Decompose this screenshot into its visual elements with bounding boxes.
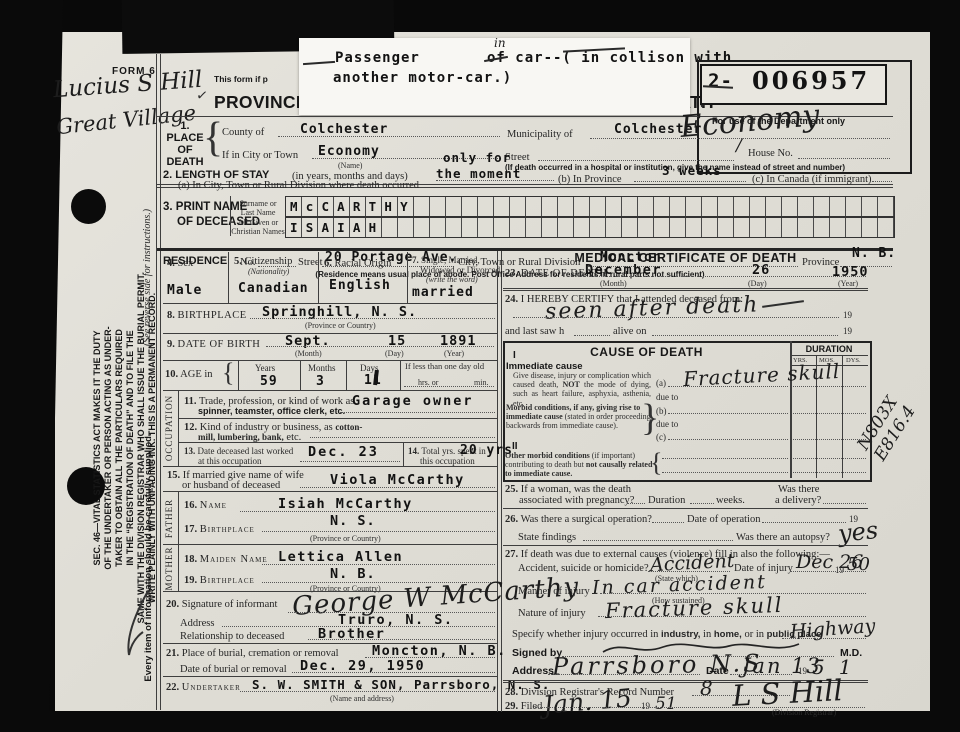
dotted-rule (300, 461, 400, 462)
physician-address-value: Parrsboro N.S (552, 649, 763, 681)
section-number: 23. (505, 268, 518, 279)
dotted-rule (652, 522, 684, 523)
dotted-rule (662, 472, 788, 473)
birthplace-note: (Province or Country) (305, 321, 376, 330)
section-label: Citizenship (245, 256, 293, 267)
section-number: 5. (234, 256, 242, 267)
dotted-rule (340, 412, 495, 413)
undertaker-label: 22. Undertaker (166, 682, 241, 695)
given-names-label: All Given or Christian Names (231, 218, 285, 236)
dotted-rule (598, 616, 866, 617)
section-label: Undertaker (182, 682, 241, 693)
age-years-label: Years (255, 363, 275, 374)
dotted-rule (308, 639, 495, 640)
rule (346, 360, 347, 390)
rule (163, 466, 497, 467)
dotted-rule (240, 691, 495, 692)
informant-signature-label: 20. Signature of informant (166, 599, 277, 612)
stay-c-label: (c) In Canada (if immigrant) (752, 174, 872, 187)
rule (156, 54, 157, 710)
stay-b-label: (b) In Province (558, 174, 622, 187)
dotted-rule (310, 437, 495, 438)
rule (503, 288, 868, 289)
rule (300, 360, 301, 390)
death-day-note: (Day) (748, 279, 767, 288)
section-number: 25. (505, 484, 518, 495)
autopsy-label: Was there an autopsy? (736, 532, 830, 545)
section-number: 11. (184, 396, 197, 407)
alive-on-label: alive on (613, 326, 647, 339)
sex-label: 4. Sex (167, 258, 193, 271)
slip-word1: Passenger (335, 50, 420, 66)
brace-glyph: { (203, 114, 223, 162)
death-year-note: (Year) (838, 279, 858, 288)
section-number: 19. (184, 575, 197, 586)
cause-b-label: (b) (656, 406, 667, 417)
section-number: 15. (167, 470, 180, 481)
cause-due-to-1: due to (656, 392, 678, 403)
dotted-rule (292, 672, 495, 673)
last-worked-value: Dec. 23 (308, 444, 379, 460)
registration-number-stamp: 006957 (752, 66, 870, 95)
surname-value: McCARTHY (290, 199, 416, 214)
section-number: 29. (505, 701, 518, 712)
citizenship-sublabel: (Nationality) (248, 267, 289, 276)
surname-label: Surname or Last Name (233, 199, 283, 217)
racial-origin-value: English (329, 278, 391, 293)
racial-origin-label: 6. Racial Origin (324, 258, 391, 271)
rule (400, 360, 401, 390)
section-number: 6. (324, 258, 332, 269)
operation-label: 26. Was there a surgical operation? (505, 514, 652, 527)
section-number: 8. (167, 310, 175, 321)
stay-a-label: (a) In City, Town or Rural Division wher… (178, 180, 419, 193)
sex-value: Male (167, 283, 202, 298)
pencil-checkmark: ✓ (195, 87, 209, 105)
dotted-rule (436, 180, 554, 181)
dotted-rule (793, 472, 866, 473)
dotted-rule (262, 531, 495, 532)
undertaker-note: (Name and address) (330, 694, 394, 703)
rule (842, 355, 843, 478)
spouse-value: Viola McCarthy (330, 472, 465, 488)
informant-address-label: Address (180, 618, 214, 631)
dotted-rule (668, 386, 788, 387)
state-findings-label: State findings (518, 532, 576, 545)
brace-glyph: { (650, 448, 662, 478)
section-label: Birthplace (200, 524, 255, 535)
section-number: 10. (165, 369, 178, 380)
father-birthplace-label: 17. Birthplace (184, 524, 255, 537)
autopsy-value: yes (837, 516, 880, 548)
age-years-value: 59 (260, 374, 278, 389)
dotted-rule (583, 540, 733, 541)
dotted-rule (793, 439, 866, 440)
section-label: If a woman, was the death (521, 484, 631, 495)
section-label: Name (200, 500, 227, 511)
last-saw-label: and last saw h (505, 326, 564, 339)
operation-date-label: Date of operation (687, 514, 760, 527)
section-label-bold: cotton- (335, 422, 362, 432)
duration-dys-header: DYS. (846, 357, 861, 364)
section-number: 28. (505, 687, 518, 698)
death-year-value: 1950 (832, 264, 869, 280)
cause-a-label: (a) (656, 378, 666, 389)
section-label: Date deceased last worked (198, 446, 294, 456)
scan-edge-right (930, 0, 960, 732)
rule (163, 491, 497, 492)
dotted-rule (872, 181, 892, 182)
rule (503, 545, 868, 546)
brace-glyph: { (222, 358, 234, 388)
section-number: 20. (166, 599, 179, 610)
father-name-label: 16. Name (184, 500, 227, 513)
margin-every-item-note: Every item of information should be care… (143, 400, 155, 715)
scanned-death-registration: Lucius S Hill Great Village SEC. 46—VITA… (0, 0, 960, 732)
section-number: 2. (163, 169, 172, 181)
mother-group-label: MOTHER (164, 544, 177, 593)
father-group-label: FATHER (164, 491, 177, 546)
year-19-prefix: 19 (843, 310, 852, 321)
dotted-rule (652, 335, 838, 336)
month-note: (Month) (295, 349, 322, 358)
death-month-note: (Month) (600, 279, 627, 288)
pregnancy-duration-label: Duration (648, 495, 685, 508)
rule (178, 442, 497, 443)
rule (178, 544, 179, 591)
registration-prefix: 2- (708, 70, 733, 92)
father-birthplace-note: (Province or Country) (310, 534, 381, 543)
dotted-rule (690, 503, 714, 504)
municipality-label: Municipality of (507, 129, 573, 142)
section-label: Maiden Name (200, 554, 268, 565)
section-number: 21. (166, 648, 179, 659)
dotted-rule (662, 458, 788, 459)
section-number: 27. (505, 549, 518, 560)
section-label: Signature of informant (182, 599, 278, 610)
name-note: (Name) (338, 161, 362, 170)
rule (163, 390, 497, 391)
rule (403, 442, 404, 466)
morbid-conditions-note: Morbid conditions, if any, giving rise t… (506, 403, 651, 431)
dotted-rule (793, 386, 866, 387)
dotted-rule (266, 346, 494, 347)
section-number: 16. (184, 500, 197, 511)
section-label: Single, Married, (421, 255, 480, 265)
place-of-death-label: 1. PLACE OF DEATH (163, 120, 207, 168)
section-label: Racial Origin (335, 258, 392, 269)
scan-edge-left (0, 0, 63, 732)
county-label: County of (222, 127, 264, 140)
section-number: 7. (412, 255, 419, 265)
pencil-slash-mark: / (736, 136, 742, 156)
section-number: 22. (166, 682, 179, 693)
section-label: Sex (178, 258, 194, 269)
section-number: 3. (163, 201, 173, 213)
stay-a-value-line1: only for (443, 150, 511, 165)
weeks-label: weeks. (716, 495, 745, 508)
dotted-rule (762, 522, 846, 523)
section-label: BIRTHPLACE (178, 310, 247, 321)
age-months-label: Months (308, 363, 336, 374)
rule (790, 355, 868, 356)
section-label: DATE OF BIRTH (178, 339, 261, 350)
partial-form-note: This form if p (214, 74, 268, 84)
citizenship-value: Canadian (238, 281, 309, 296)
age-label: 10. AGE in (165, 369, 213, 382)
slip-line2: another motor-car.) (333, 70, 512, 86)
mother-maiden-label: 18. Maiden Name (184, 554, 268, 567)
father-name-value: Isiah McCarthy (278, 496, 413, 512)
rule (228, 252, 229, 303)
dotted-rule (404, 386, 494, 387)
delivery-label: a delivery? (775, 495, 821, 508)
pencil-long-tick (118, 588, 152, 660)
slip-line1-rest: of car--( in collison with (487, 50, 732, 66)
section-number: 17. (184, 524, 197, 535)
year-note: (Year) (444, 349, 464, 358)
dotted-rule (250, 318, 495, 319)
cause-due-to-2: due to (656, 419, 678, 430)
birthplace-label: 8. BIRTHPLACE (167, 310, 247, 323)
trade-value: Garage owner (352, 393, 474, 409)
marital-label-line3: (write the word) (426, 275, 478, 284)
section-label: Was there a surgical operation? (521, 514, 652, 525)
cause-of-death-title: CAUSE OF DEATH (503, 345, 790, 359)
burial-date-label: Date of burial or removal (180, 664, 287, 677)
note-bold: NOT (562, 380, 579, 389)
rule (503, 290, 868, 291)
cause-part-i: I (513, 350, 516, 361)
record-number-value: 8 (700, 676, 713, 700)
less-than-day-label: If less than one day old (405, 362, 484, 372)
section-number: 18. (184, 554, 197, 565)
medical-certificate-title: MEDICAL CERTIFICATE OF DEATH (503, 251, 868, 265)
rule (407, 252, 408, 303)
rule (318, 252, 319, 303)
filed-year-value: 51 (655, 694, 677, 714)
accident-label: Accident, suicide or homicide? (518, 563, 649, 576)
rule (238, 360, 239, 390)
section-label: Birthplace (200, 575, 255, 586)
cause-c-label: (c) (656, 432, 666, 443)
dotted-rule (627, 503, 645, 504)
dotted-rule (578, 276, 866, 277)
note-bold: Other morbid conditions (505, 451, 590, 460)
section-number: 4. (167, 258, 175, 269)
date-of-birth-label: 9. DATE OF BIRTH (167, 339, 260, 352)
rule (503, 508, 868, 509)
slip-inserted-word: in (494, 36, 506, 50)
section-label-bold: mill, lumbering, bank, (198, 432, 284, 442)
rule (178, 491, 179, 544)
dotted-rule (793, 458, 866, 459)
rule (178, 418, 497, 419)
dotted-rule (513, 317, 839, 318)
stay-b-value: 3 weeks (662, 163, 722, 178)
dotted-rule (790, 571, 866, 572)
other-morbid-note: Other morbid conditions (if important) c… (505, 451, 655, 479)
marital-value: married (412, 285, 474, 300)
pregnancy-label-line2: associated with pregnancy? (519, 495, 634, 508)
dotted-rule (730, 674, 792, 675)
father-birthplace-value: N. S. (330, 513, 376, 529)
section-label: PLACE OF DEATH (166, 132, 203, 168)
duration-header: DURATION (792, 344, 866, 354)
section-number: 24. (505, 294, 518, 305)
mother-birthplace-value: N. B. (330, 566, 376, 582)
section-label: AGE in (180, 369, 212, 380)
form-number-label: FORM 6 (112, 66, 156, 77)
rule (160, 54, 161, 710)
dotted-rule (634, 181, 746, 182)
section-number: 1. (180, 120, 189, 132)
physician-address-label: Address (512, 665, 554, 677)
dotted-rule (798, 158, 890, 159)
dotted-rule (548, 674, 700, 675)
dotted-rule (668, 413, 788, 414)
dotted-rule (574, 335, 610, 336)
margin-see-reverse-note: (See reverse side for instructions.) (142, 150, 154, 405)
informant-relationship-label: Relationship to deceased (180, 631, 284, 644)
house-no-label: House No. (748, 148, 793, 161)
dotted-rule (278, 136, 500, 137)
dotted-rule (668, 439, 788, 440)
section-number: 14. (408, 446, 419, 456)
trade-label-line2: spinner, teamster, office clerk, etc. (198, 406, 345, 416)
rule (163, 544, 497, 545)
dotted-rule (538, 160, 734, 161)
dotted-rule (262, 564, 495, 565)
dotted-rule (793, 413, 866, 414)
age-months-value: 3 (316, 374, 325, 389)
dotted-rule (300, 487, 495, 488)
section-number: 26. (505, 514, 518, 525)
section-number: 12. (184, 422, 197, 433)
mother-maiden-value: Lettica Allen (278, 549, 403, 565)
mother-birthplace-label: 19. Birthplace (184, 575, 255, 588)
section-number: 9. (167, 339, 175, 350)
year-19-prefix: 19 (843, 326, 852, 337)
stay-a-value-line2: the moment (436, 166, 521, 181)
city-town-label: If in City or Town (222, 150, 298, 163)
day-note: (Day) (385, 349, 404, 358)
nature-label: Nature of injury (518, 608, 586, 621)
city-town-value: Economy (318, 144, 380, 159)
dotted-rule (240, 511, 495, 512)
given-name-value: ISAIAH (290, 220, 384, 235)
division-registrar-note: (Division Registrar) (772, 708, 836, 717)
section-number: 13. (184, 446, 195, 456)
rule (178, 390, 179, 466)
occupation-group-label: OCCUPATION (164, 390, 177, 466)
county-value: Colchester (300, 122, 388, 137)
punch-hole (71, 189, 106, 224)
manner-label: Manner of injury (518, 586, 590, 599)
dotted-rule (823, 503, 866, 504)
